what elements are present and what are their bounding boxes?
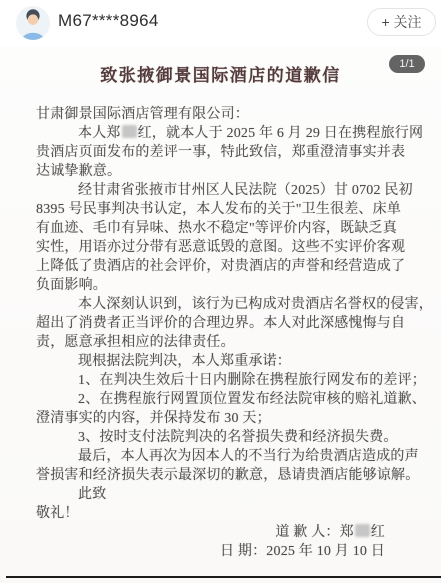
document-line: 有血迹、毛巾有异味、热水不稳定"等评价内容，既缺乏真: [36, 219, 411, 238]
redacted-text: [355, 524, 370, 537]
document-line: 澄清事实的内容，并保持发布 30 天；: [36, 409, 411, 428]
redacted-text: [122, 125, 137, 138]
follow-button[interactable]: + 关注: [367, 8, 436, 36]
document-line: 2、在携程旅行网置顶位置发布经法院审核的赔礼道歉、: [36, 390, 411, 409]
document-line: 现根据法院判决，本人郑重承诺：: [36, 352, 411, 371]
document-line: 贵酒店页面发布的差评一事，特此致信，郑重澄清事实并表: [36, 143, 411, 162]
document-line: 日 期：2025 年 10 月 10 日: [36, 542, 411, 561]
document-line: 8395 号民事判决书认定，本人发布的关于"卫生很差、床单: [36, 200, 411, 219]
document-line: 道 歉 人：郑红: [36, 523, 411, 542]
document-line: 1、在判决生效后十日内删除在携程旅行网发布的差评；: [36, 371, 411, 390]
document-line: 上降低了贵酒店的社会评价，对贵酒店的声誉和经营造成了: [36, 257, 411, 276]
document-image[interactable]: 1/1 致张掖御景国际酒店的道歉信 甘肃御景国际酒店管理有限公司：本人郑红，就本…: [0, 46, 441, 583]
document-line: 负面影响。: [36, 276, 411, 295]
username[interactable]: M67****8964: [58, 11, 159, 31]
person-avatar-icon: [16, 6, 50, 40]
document-line: 经甘肃省张掖市甘州区人民法院（2025）甘 0702 民初: [36, 181, 411, 200]
page-badge: 1/1: [389, 55, 425, 73]
document-line: 本人深刻认识到，该行为已构成对贵酒店名誉权的侵害，: [36, 295, 411, 314]
document-line: 本人郑红，就本人于 2025 年 6 月 29 日在携程旅行网: [36, 124, 411, 143]
document-line: 此致: [36, 485, 411, 504]
document-line: 誉损害和经济损失表示最深切的歉意，恳请贵酒店能够谅解。: [36, 466, 411, 485]
document-line: 3、按时支付法院判决的名誉损失费和经济损失费。: [36, 428, 411, 447]
document-line: 超出了消费者正当评价的合理边界。本人对此深感愧悔与自: [36, 314, 411, 333]
document-line: 敬礼！: [36, 504, 411, 523]
document-line: 最后，本人再次为因本人的不当行为给贵酒店造成的声: [36, 447, 411, 466]
document-title: 致张掖御景国际酒店的道歉信: [0, 61, 441, 86]
document-line: 责，愿意承担相应的法律责任。: [36, 333, 411, 352]
avatar[interactable]: [16, 6, 50, 40]
document-line: 实性，用语亦过分带有恶意诋毁的意图。这些不实评价客观: [36, 238, 411, 257]
document-line: 甘肃御景国际酒店管理有限公司：: [36, 105, 411, 124]
post-header: M67****8964 + 关注: [0, 0, 441, 46]
document-line: 达诚挚歉意。: [36, 162, 411, 181]
bottom-divider: [6, 576, 441, 578]
document-lines: 甘肃御景国际酒店管理有限公司：本人郑红，就本人于 2025 年 6 月 29 日…: [36, 105, 411, 561]
